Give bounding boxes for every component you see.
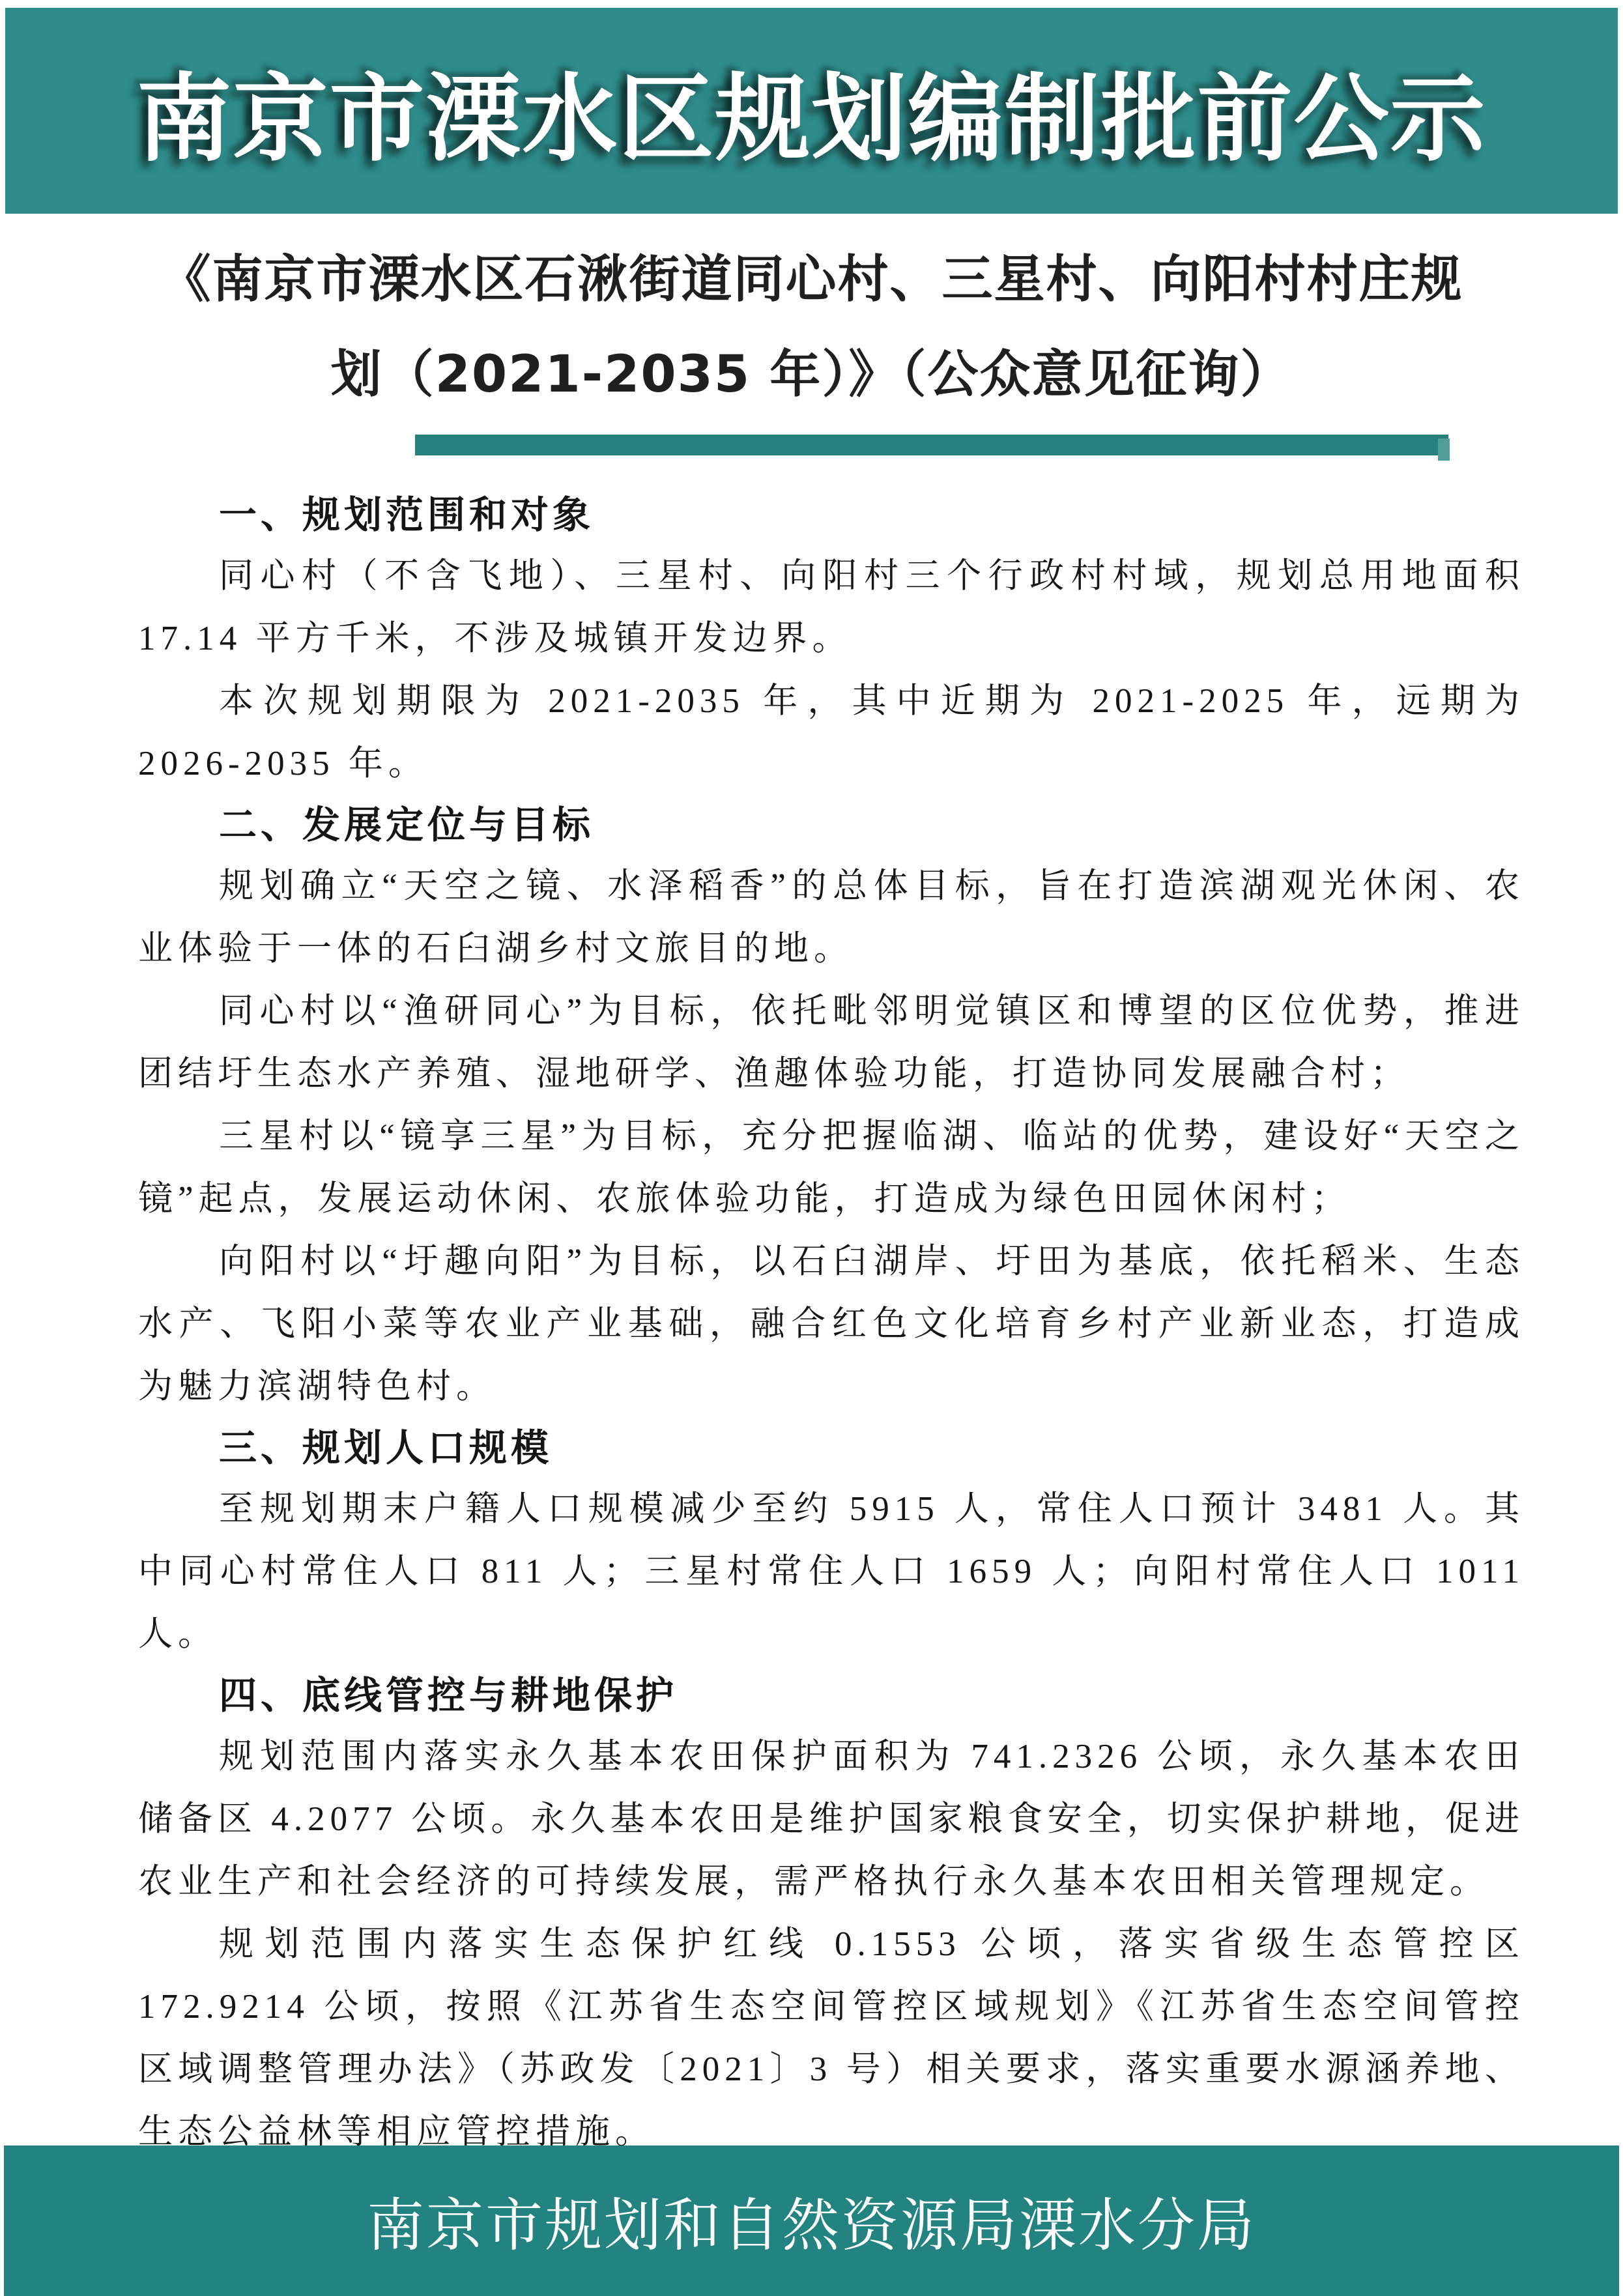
population-paragraph-1: 至规划期末户籍人口规模减少至约 5915 人，常住人口预计 3481 人。其中同… [138, 1478, 1525, 1665]
farmland-paragraph-1: 规划范围内落实永久基本农田保护面积为 741.2326 公顷，永久基本农田储备区… [138, 1725, 1525, 1913]
section-heading-goals: 二、发展定位与目标 [138, 795, 1525, 855]
goals-paragraph-2: 同心村以“渔研同心”为目标，依托毗邻明觉镇区和博望的区位优势，推进团结圩生态水产… [138, 980, 1525, 1105]
farmland-paragraph-2: 规划范围内落实生态保护红线 0.1553 公顷，落实省级生态管控区 172.92… [138, 1913, 1525, 2163]
section-heading-scope: 一、规划范围和对象 [138, 485, 1525, 545]
announcement-page: 南京市溧水区规划编制批前公示 《南京市溧水区石湫街道同心村、三星村、向阳村村庄规… [0, 0, 1623, 2296]
document-title: 《南京市溧水区石湫街道同心村、三星村、向阳村村庄规 划（2021-2035 年）… [78, 232, 1545, 422]
goals-paragraph-1: 规划确立“天空之镜、水泽稻香”的总体目标，旨在打造滨湖观光休闲、农业体验于一体的… [138, 855, 1525, 980]
goals-paragraph-4: 向阳村以“圩趣向阳”为目标，以石臼湖岸、圩田为基底，依托稻米、生态水产、飞阳小菜… [138, 1230, 1525, 1418]
footer-banner: 南京市规划和自然资源局溧水分局 [4, 2145, 1619, 2296]
banner-title: 南京市溧水区规划编制批前公示 [137, 42, 1487, 179]
section-heading-population: 三、规划人口规模 [138, 1418, 1525, 1478]
issuing-authority: 南京市规划和自然资源局溧水分局 [367, 2180, 1256, 2262]
document-title-line-2: 划（2021-2035 年）》（公众意见征询） [78, 327, 1545, 422]
title-divider-bar [415, 435, 1448, 455]
section-heading-farmland: 四、底线管控与耕地保护 [138, 1665, 1525, 1725]
document-body: 一、规划范围和对象 同心村（不含飞地）、三星村、向阳村三个行政村村域，规划总用地… [138, 485, 1525, 2163]
scope-paragraph-2: 本次规划期限为 2021-2035 年，其中近期为 2021-2025 年，远期… [138, 670, 1525, 795]
divider-end-cap [1438, 438, 1450, 461]
goals-paragraph-3: 三星村以“镜享三星”为目标，充分把握临湖、临站的优势，建设好“天空之镜”起点，发… [138, 1105, 1525, 1230]
header-banner: 南京市溧水区规划编制批前公示 [5, 8, 1618, 214]
scope-paragraph-1: 同心村（不含飞地）、三星村、向阳村三个行政村村域，规划总用地面积 17.14 平… [138, 545, 1525, 670]
document-title-line-1: 《南京市溧水区石湫街道同心村、三星村、向阳村村庄规 [78, 232, 1545, 327]
